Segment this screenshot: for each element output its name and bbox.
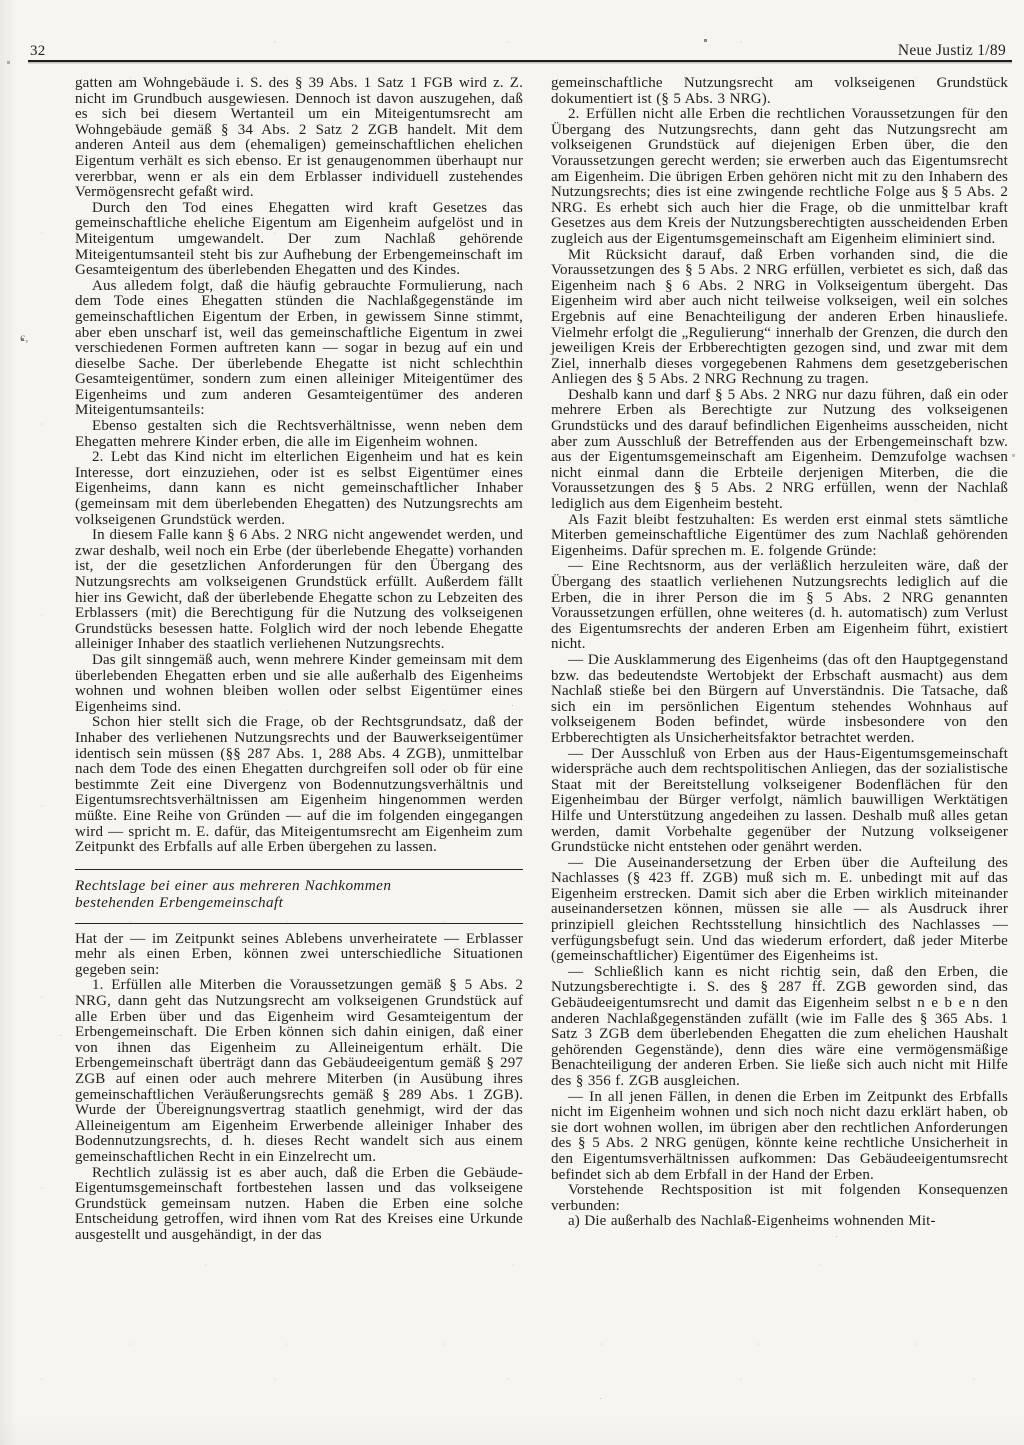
- paragraph: Das gilt sinngemäß auch, wenn mehrere Ki…: [75, 653, 523, 715]
- paragraph: — Der Ausschluß von Erben aus der Haus-E…: [551, 747, 1008, 856]
- paragraph: Schon hier stellt sich die Frage, ob der…: [75, 715, 523, 855]
- paragraph: 2. Lebt das Kind nicht im elterlichen Ei…: [75, 450, 523, 528]
- paragraph: a) Die außerhalb des Nachlaß-Eigenheims …: [551, 1214, 1008, 1230]
- left-text-column: gatten am Wohngebäude i. S. des § 39 Abs…: [75, 76, 523, 1244]
- scan-artifact-mark: c,: [20, 330, 28, 345]
- right-text-column: gemeinschaftliche Nutzungsrecht am volks…: [551, 76, 1008, 1230]
- paragraph: — Die Ausklammerung des Eigenheims (das …: [551, 653, 1008, 747]
- section-heading-line: Rechtslage bei einer aus mehreren Nachko…: [75, 877, 523, 895]
- paragraph: Als Fazit bleibt festzuhalten: Es werden…: [551, 513, 1008, 560]
- paragraph: Hat der — im Zeitpunkt seines Ablebens u…: [75, 932, 523, 979]
- paragraph: In diesem Falle kann § 6 Abs. 2 NRG nich…: [75, 528, 523, 653]
- paragraph: 1. Erfüllen alle Miterben die Voraussetz…: [75, 978, 523, 1165]
- paragraph: Ebenso gestalten sich die Rechtsverhältn…: [75, 419, 523, 450]
- paragraph: gemeinschaftliche Nutzungsrecht am volks…: [551, 76, 1008, 107]
- paragraph: Durch den Tod eines Ehegatten wird kraft…: [75, 201, 523, 279]
- paragraph: Mit Rücksicht darauf, daß Erben vorhande…: [551, 248, 1008, 388]
- paragraph: 2. Erfüllen nicht alle Erben die rechtli…: [551, 107, 1008, 247]
- section-heading-block: Rechtslage bei einer aus mehreren Nachko…: [75, 869, 523, 924]
- paragraph: — Die Auseinandersetzung der Erben über …: [551, 856, 1008, 965]
- paragraph: gatten am Wohngebäude i. S. des § 39 Abs…: [75, 76, 523, 201]
- header-rule: [28, 60, 1012, 62]
- scan-noise-speckles: [0, 0, 1, 1]
- paragraph: — In all jenen Fällen, in denen die Erbe…: [551, 1090, 1008, 1184]
- paragraph: Aus alledem folgt, daß die häufig gebrau…: [75, 279, 523, 419]
- page-number: 32: [30, 43, 46, 60]
- journal-title: Neue Justiz 1/89: [898, 42, 1006, 60]
- paragraph: — Eine Rechtsnorm, aus der verläßlich he…: [551, 559, 1008, 653]
- paragraph: Vorstehende Rechtsposition ist mit folge…: [551, 1183, 1008, 1214]
- scanned-journal-page: 32 Neue Justiz 1/89 gatten am Wohngebäud…: [0, 0, 1024, 1445]
- paragraph: Deshalb kann und darf § 5 Abs. 2 NRG nur…: [551, 388, 1008, 513]
- paragraph: Rechtlich zulässig ist es aber auch, daß…: [75, 1166, 523, 1244]
- paragraph: — Schließlich kann es nicht richtig sein…: [551, 965, 1008, 1090]
- section-heading-line: bestehenden Erbengemeinschaft: [75, 894, 523, 912]
